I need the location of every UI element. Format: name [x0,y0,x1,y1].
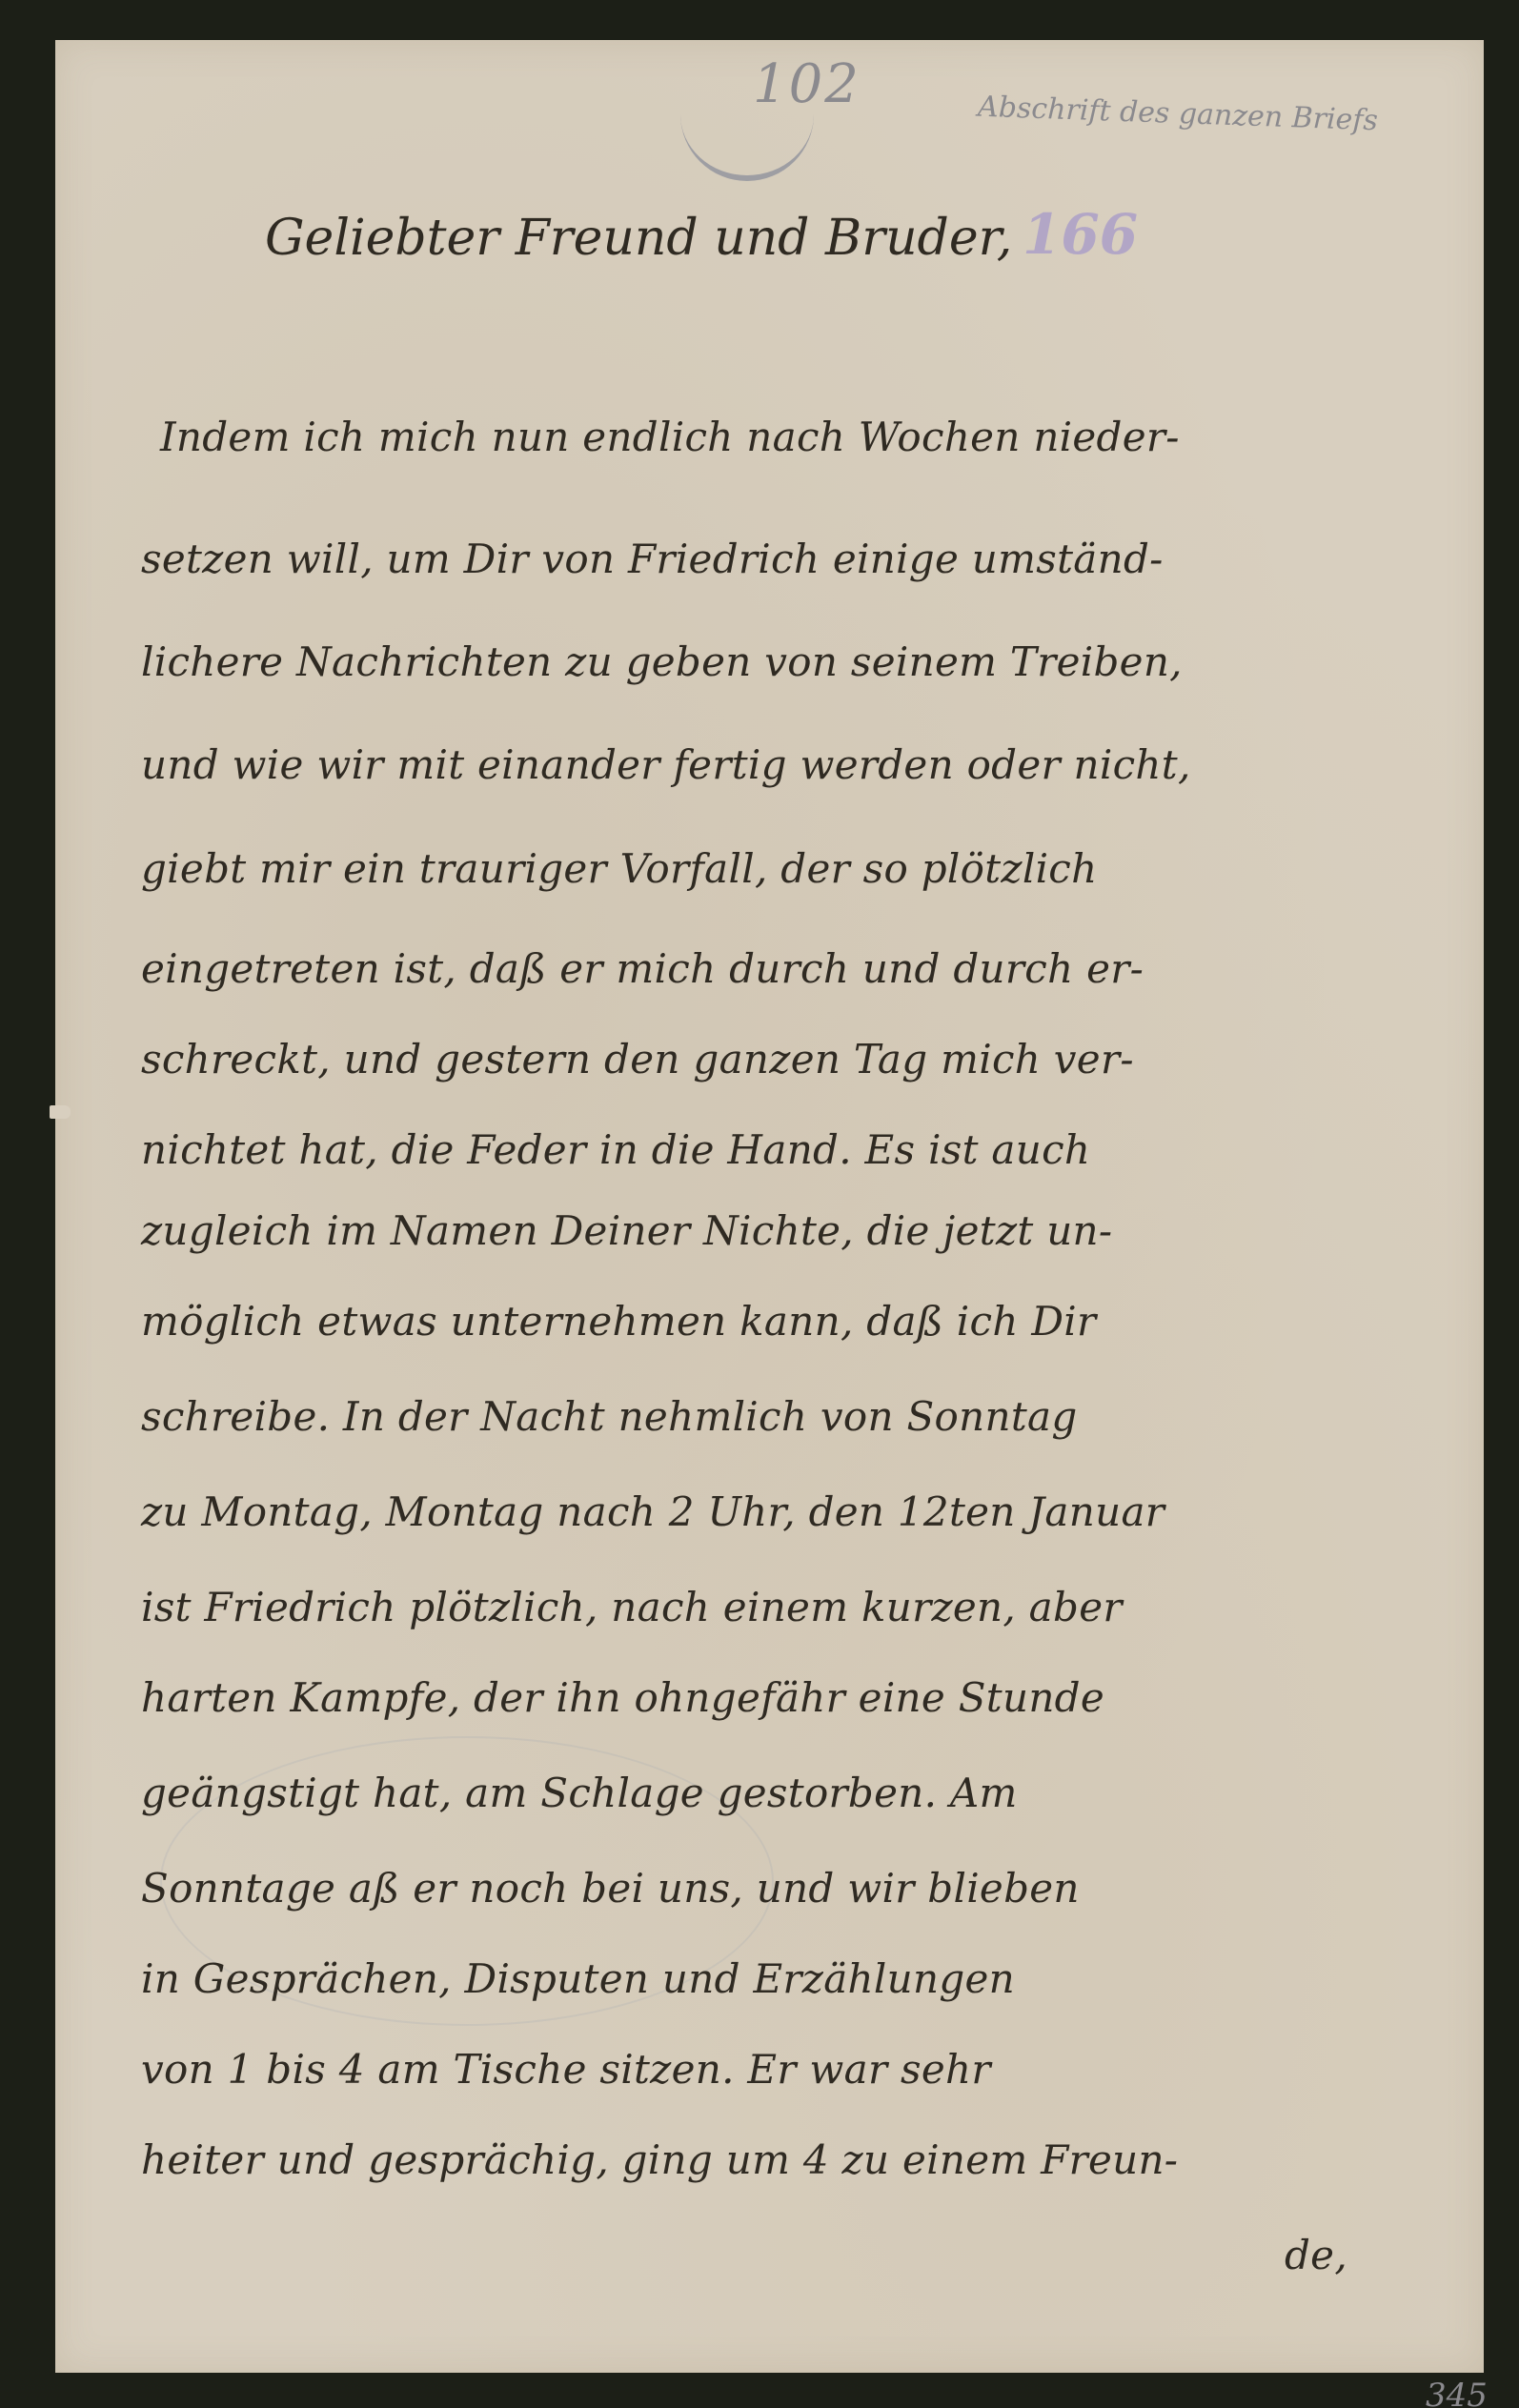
letter-line: Indem ich mich nun endlich nach Wochen n… [160,414,1180,460]
letter-line: möglich etwas unternehmen kann, daß ich … [141,1298,1096,1345]
letter-page: 102 Abschrift des ganzen Briefs 166 Geli… [55,40,1484,2373]
letter-line: lichere Nachrichten zu geben von seinem … [141,638,1183,685]
letter-line: schreibe. In der Nacht nehmlich von Sonn… [141,1393,1078,1440]
folio-number: 345 [1426,2377,1488,2408]
letter-line: nichtet hat, die Feder in die Hand. Es i… [141,1126,1090,1173]
letter-line: schreckt, und gestern den ganzen Tag mic… [141,1036,1134,1083]
letter-line: von 1 bis 4 am Tische sitzen. Er war seh… [141,2046,991,2093]
letter-line: und wie wir mit einander fertig werden o… [141,741,1191,788]
letter-line: Sonntage aß er noch bei uns, und wir bli… [141,1865,1080,1912]
letter-line: zu Montag, Montag nach 2 Uhr, den 12ten … [141,1488,1165,1535]
letter-body: Geliebter Freund und Bruder, Indem ich m… [55,40,1484,2373]
letter-line: zugleich im Namen Deiner Nichte, die jet… [141,1207,1112,1254]
salutation: Geliebter Freund und Bruder, [265,210,1012,267]
letter-line: harten Kampfe, der ihn ohngefähr eine St… [141,1674,1104,1721]
letter-line: in Gesprächen, Disputen und Erzählungen [141,1955,1015,2002]
letter-line: geängstigt hat, am Schlage gestorben. Am [141,1770,1018,1816]
letter-line: eingetreten ist, daß er mich durch und d… [141,945,1144,992]
letter-line: giebt mir ein trauriger Vorfall, der so … [141,845,1097,892]
letter-line: ist Friedrich plötzlich, nach einem kurz… [141,1584,1123,1630]
letter-line: heiter und gesprächig, ging um 4 zu eine… [141,2136,1178,2183]
letter-line: setzen will, um Dir von Friedrich einige… [141,536,1164,582]
letter-line-continuation: de, [1285,2232,1347,2278]
